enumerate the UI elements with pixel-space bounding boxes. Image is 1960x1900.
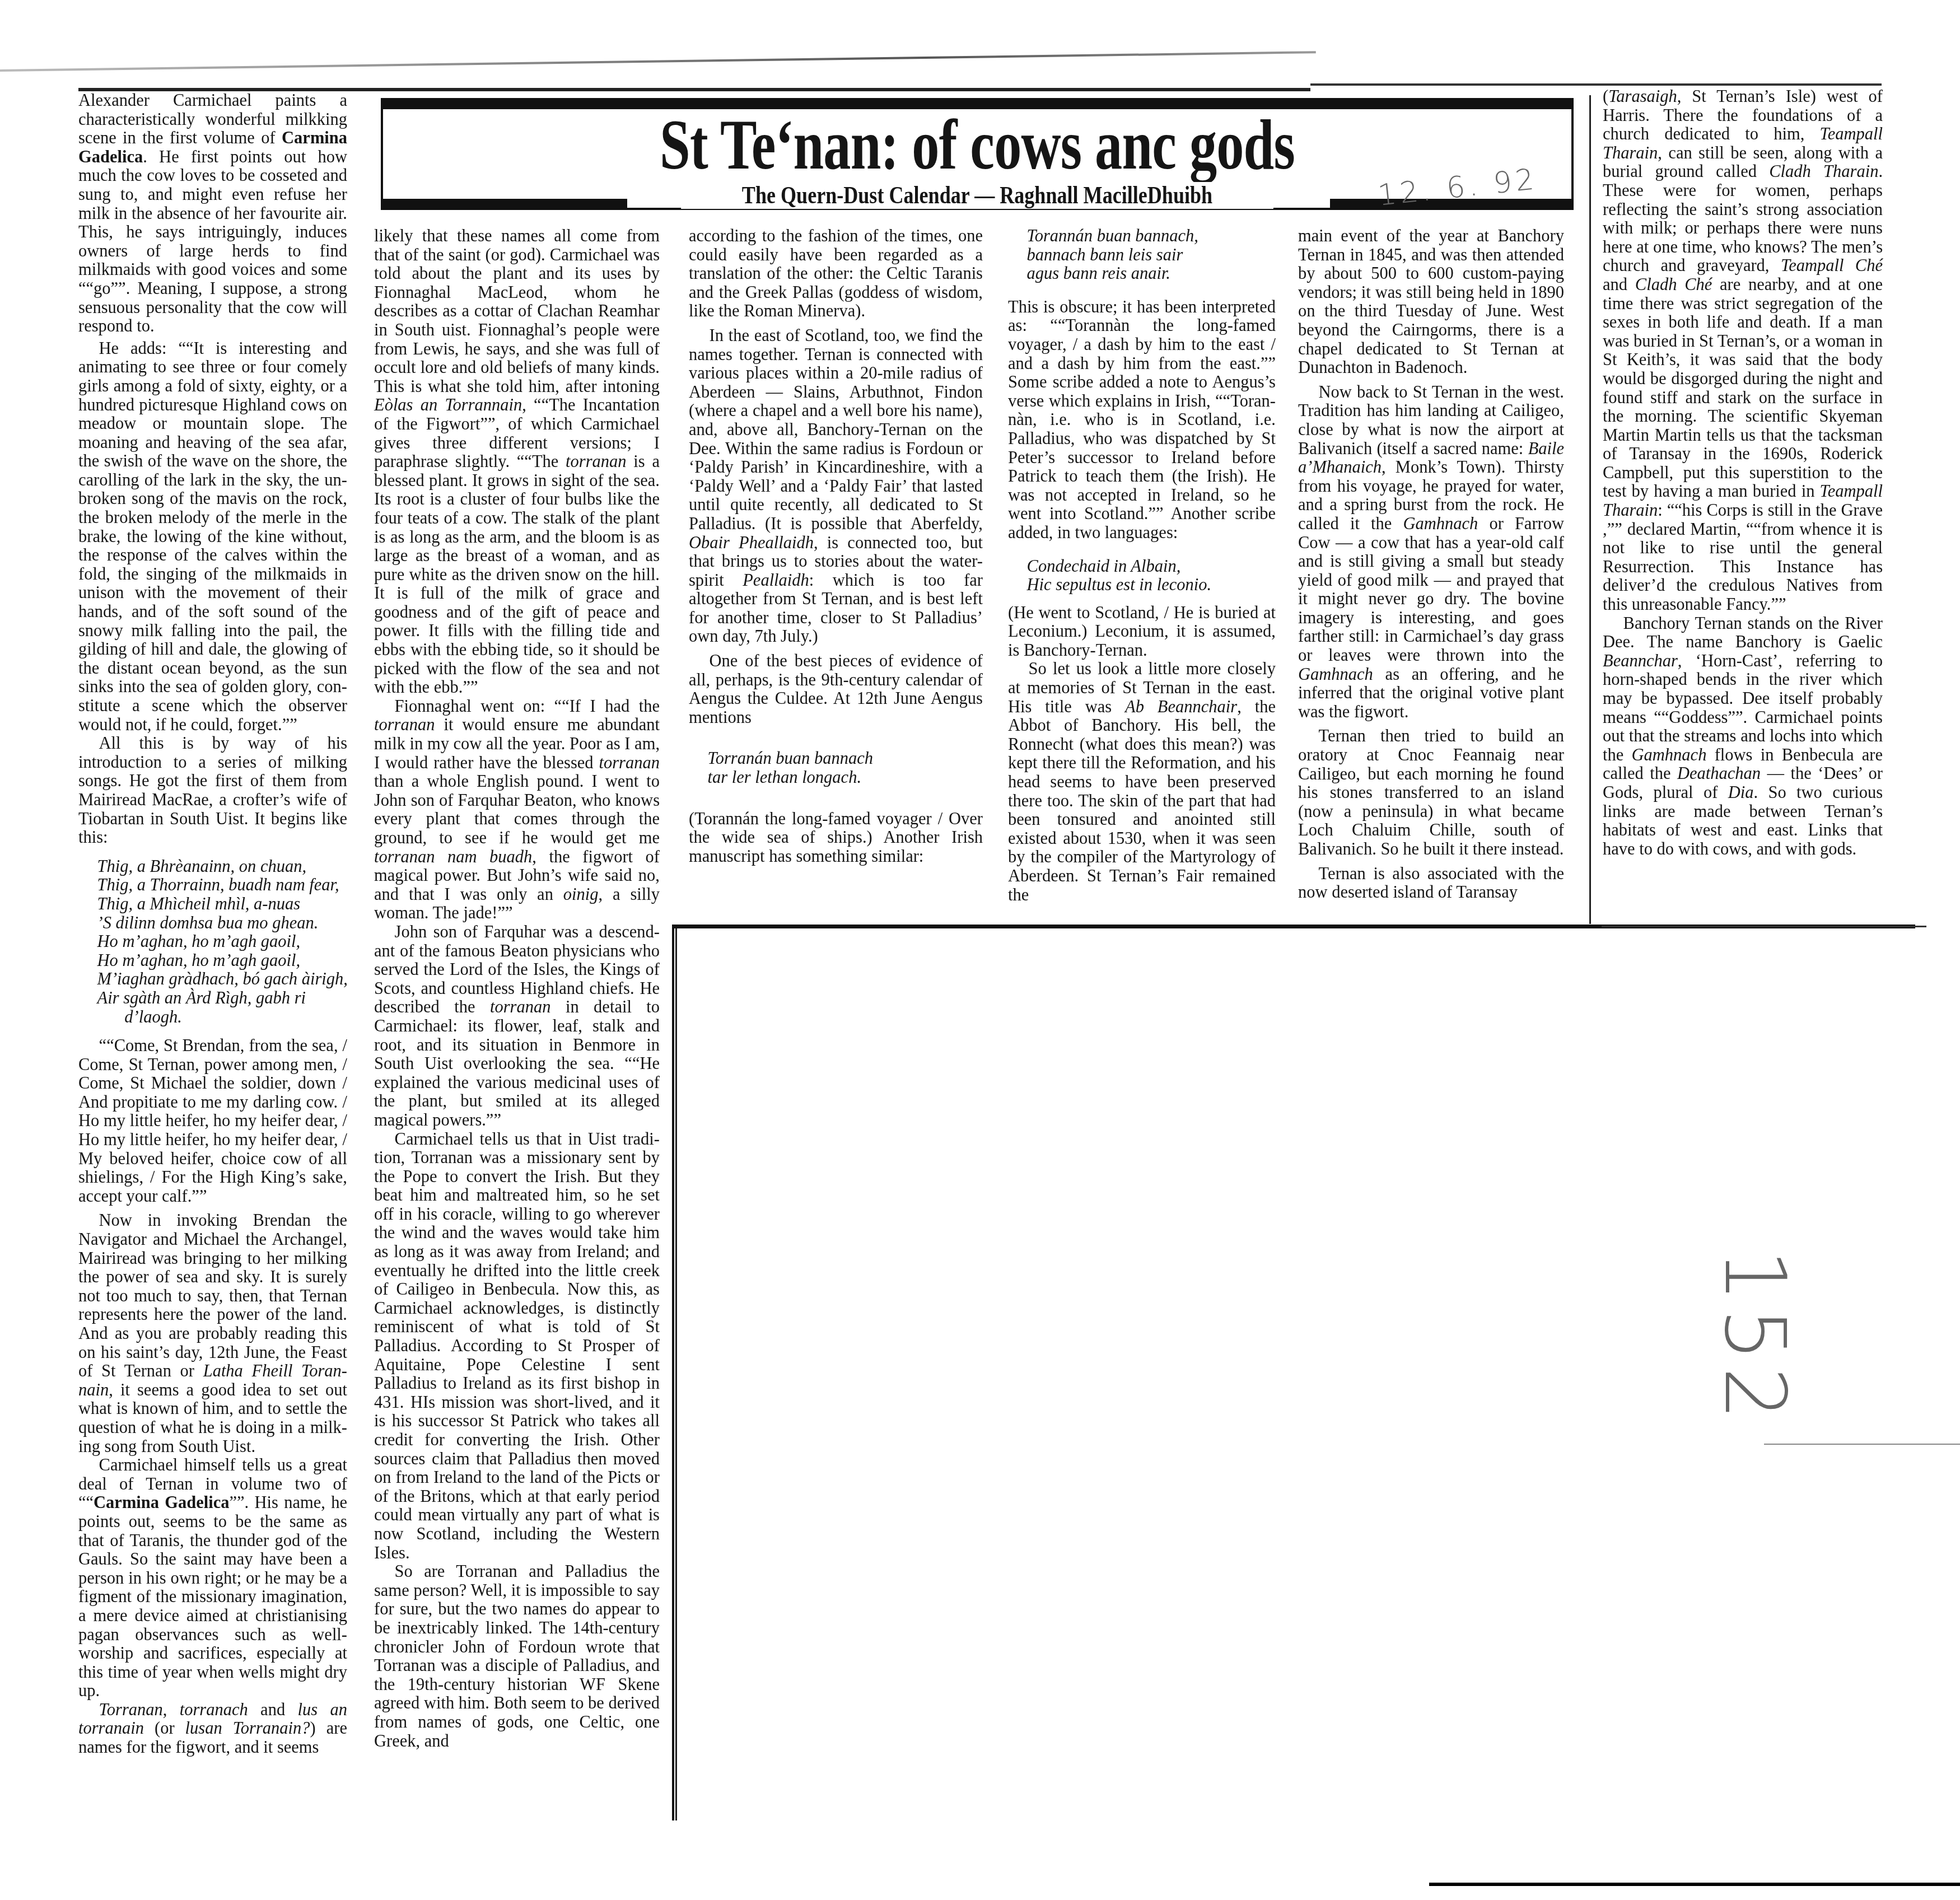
paragraph: This is obscure; it has been interpreted…: [1008, 298, 1276, 543]
paragraph: Ternan is also associated with the now d…: [1298, 865, 1564, 902]
paragraph: Alexander Carmichael paints a characteri…: [78, 91, 347, 336]
gaelic-verse: Thig, a Bhrèanainn, on chuan, Thig, a Th…: [78, 857, 347, 1026]
paragraph: Carmichael himself tells us a great deal…: [78, 1456, 347, 1701]
paragraph: according to the fashion of the times, o…: [689, 227, 983, 321]
paragraph: Fionnaghal went on: ““If I had the torra…: [374, 697, 660, 923]
section-divider-vertical: [672, 925, 674, 1820]
headline: St Teʻnan: of cows anc gods: [512, 112, 1442, 179]
paragraph: Banchory Ternan stands on the River Dee.…: [1603, 614, 1883, 859]
article-column-5: main event of the year at Banchory Terna…: [1298, 227, 1564, 902]
paragraph: In the east of Scotland, too, we find th…: [689, 326, 983, 646]
column-end-rule: [1602, 926, 1926, 927]
column-rule: [675, 925, 677, 1820]
paragraph: Carmichael tells us that in Uist tradi­t…: [374, 1130, 660, 1563]
byline: The Quern-Dust Calendar — Raghnall Macil…: [681, 182, 1273, 209]
paragraph: (Tarasaigh, St Ternan’s Isle) west of Ha…: [1603, 87, 1883, 614]
article-column-1: Alexander Carmichael paints a characteri…: [78, 91, 347, 1757]
paragraph: ““Come, St Brendan, from the sea, / Come…: [78, 1037, 347, 1206]
paragraph: One of the best pieces of evidence of al…: [689, 652, 983, 727]
paragraph: Ternan then tried to build an oratory at…: [1298, 727, 1564, 858]
paragraph: John son of Farquhar was a descend­ant o…: [374, 923, 660, 1130]
headline-box-bottom-bar-left: [381, 199, 627, 209]
paragraph: He adds: ““It is interesting and animati…: [78, 339, 347, 734]
article-column-2: likely that these names all come from th…: [374, 227, 660, 1750]
handwritten-page-number: 152: [1706, 1249, 1803, 1426]
paragraph: Now back to St Ternan in the west. Tradi…: [1298, 383, 1564, 722]
latin-verse: Condechaid in Albain, Hic sepultus est i…: [1008, 557, 1276, 595]
margin-rule: [1764, 1444, 1960, 1445]
article-column-3: according to the fashion of the times, o…: [689, 227, 983, 866]
paragraph: Torranan, torranach and lus an torranain…: [78, 1701, 347, 1757]
paragraph: All this is by way of his introduction t…: [78, 734, 347, 847]
torn-page-edge: [0, 51, 1316, 72]
paragraph: main event of the year at Banchory Terna…: [1298, 227, 1564, 377]
irish-verse: Torannán buan bannach, bannach bann leis…: [1008, 227, 1276, 283]
paragraph: So are Torranan and Palladius the same p…: [374, 1562, 660, 1750]
column-rule: [1589, 95, 1591, 924]
paragraph: (He went to Scotland, / He is buried at …: [1008, 604, 1276, 660]
top-rule-right: [1310, 83, 1882, 86]
bottom-rule: [1429, 1883, 1960, 1886]
irish-verse: Torranán buan bannach tar ler lethan lon…: [689, 749, 983, 787]
paragraph: Now in invoking Brendan the Navigator an…: [78, 1211, 347, 1456]
article-column-4: Torannán buan bannach, bannach bann leis…: [1008, 227, 1276, 904]
paragraph: likely that these names all come from th…: [374, 227, 660, 697]
paragraph: So let us look a little more closely at …: [1008, 660, 1276, 904]
paragraph: (Torannán the long-famed voyager / Over …: [689, 810, 983, 866]
article-column-6: (Tarasaigh, St Ternan’s Isle) west of Ha…: [1603, 87, 1883, 858]
